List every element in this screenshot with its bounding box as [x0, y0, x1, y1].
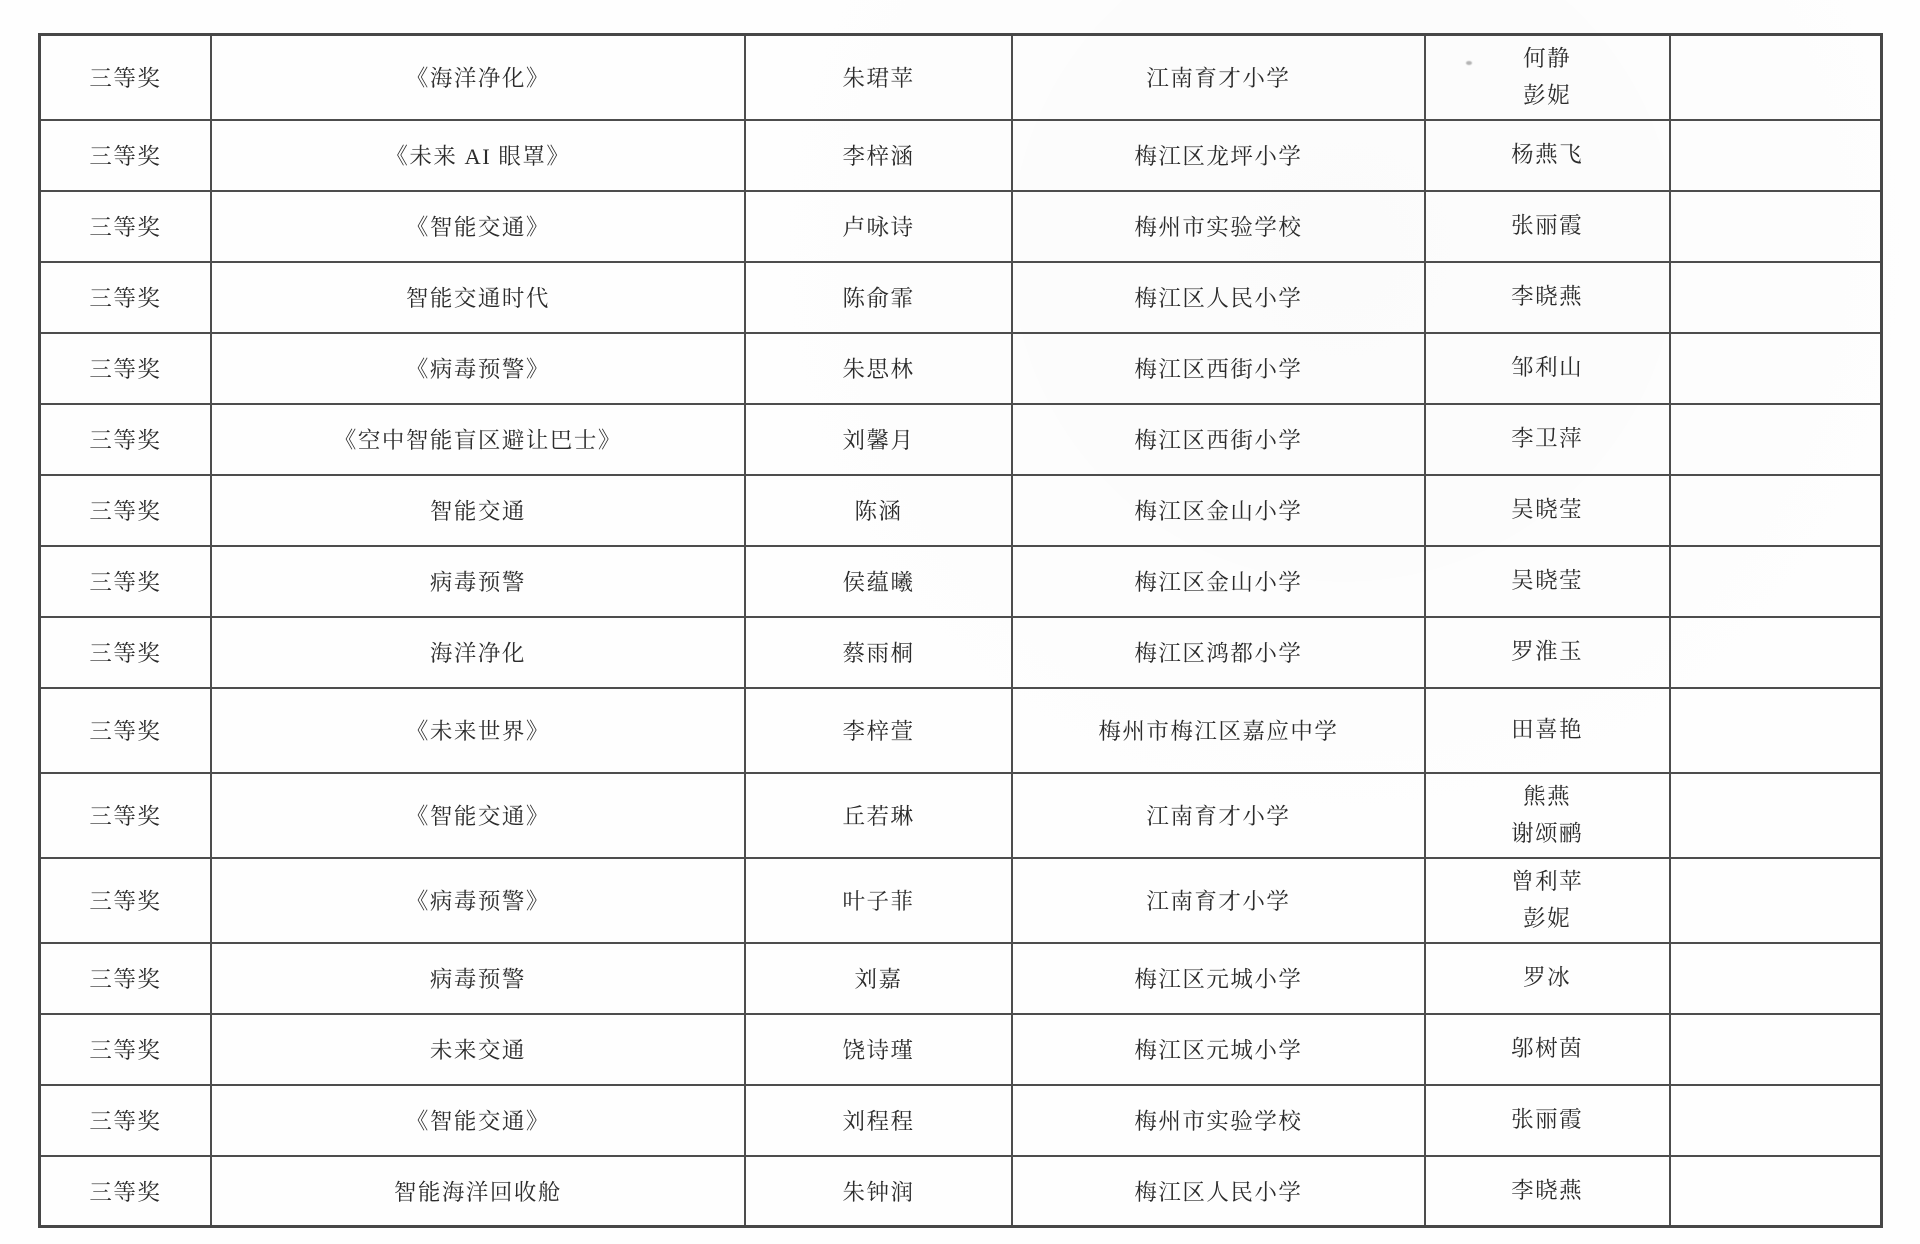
- notes-cell: [1670, 943, 1882, 1014]
- teacher-cell: 张丽霞: [1425, 1085, 1670, 1156]
- notes-cell: [1670, 1156, 1882, 1227]
- teacher-cell: 何静 彭妮: [1425, 35, 1670, 120]
- title-cell: 病毒预警: [211, 943, 745, 1014]
- school-cell: 梅江区元城小学: [1012, 943, 1425, 1014]
- student-cell: 刘馨月: [745, 404, 1012, 475]
- notes-cell: [1670, 1085, 1882, 1156]
- school-cell: 梅江区人民小学: [1012, 262, 1425, 333]
- school-cell: 梅州市实验学校: [1012, 191, 1425, 262]
- teacher-cell: 吴晓莹: [1425, 475, 1670, 546]
- award-cell: 三等奖: [40, 773, 211, 858]
- table-row: 三等奖 《病毒预警》 朱思林 梅江区西街小学 邹利山: [40, 333, 1882, 404]
- award-cell: 三等奖: [40, 35, 211, 120]
- table-row: 三等奖 智能海洋回收舱 朱钟润 梅江区人民小学 李晓燕: [40, 1156, 1882, 1227]
- notes-cell: [1670, 617, 1882, 688]
- school-cell: 江南育才小学: [1012, 773, 1425, 858]
- title-cell: 未来交通: [211, 1014, 745, 1085]
- school-cell: 梅州市梅江区嘉应中学: [1012, 688, 1425, 773]
- title-cell: 病毒预警: [211, 546, 745, 617]
- title-cell: 《智能交通》: [211, 1085, 745, 1156]
- title-cell: 《未来 AI 眼罩》: [211, 120, 745, 191]
- student-cell: 李梓萱: [745, 688, 1012, 773]
- title-cell: 《未来世界》: [211, 688, 745, 773]
- title-cell: 海洋净化: [211, 617, 745, 688]
- award-cell: 三等奖: [40, 120, 211, 191]
- school-cell: 梅江区元城小学: [1012, 1014, 1425, 1085]
- student-cell: 李梓涵: [745, 120, 1012, 191]
- title-cell: 智能海洋回收舱: [211, 1156, 745, 1227]
- school-cell: 江南育才小学: [1012, 35, 1425, 120]
- table-row: 三等奖 智能交通 陈涵 梅江区金山小学 吴晓莹: [40, 475, 1882, 546]
- notes-cell: [1670, 35, 1882, 120]
- award-cell: 三等奖: [40, 333, 211, 404]
- table-row: 三等奖 《未来 AI 眼罩》 李梓涵 梅江区龙坪小学 杨燕飞: [40, 120, 1882, 191]
- student-cell: 朱思林: [745, 333, 1012, 404]
- teacher-cell: 李晓燕: [1425, 262, 1670, 333]
- teacher-cell: 罗淮玉: [1425, 617, 1670, 688]
- teacher-cell: 熊燕 谢颂鹂: [1425, 773, 1670, 858]
- award-cell: 三等奖: [40, 546, 211, 617]
- school-cell: 梅江区西街小学: [1012, 333, 1425, 404]
- school-cell: 梅江区西街小学: [1012, 404, 1425, 475]
- table-row: 三等奖 《智能交通》 丘若琳 江南育才小学 熊燕 谢颂鹂: [40, 773, 1882, 858]
- award-cell: 三等奖: [40, 1014, 211, 1085]
- notes-cell: [1670, 404, 1882, 475]
- award-cell: 三等奖: [40, 404, 211, 475]
- table-row: 三等奖 病毒预警 侯蕴曦 梅江区金山小学 吴晓莹: [40, 546, 1882, 617]
- scan-speckle: [1466, 61, 1472, 65]
- school-cell: 江南育才小学: [1012, 858, 1425, 943]
- table-row: 三等奖 智能交通时代 陈俞霏 梅江区人民小学 李晓燕: [40, 262, 1882, 333]
- title-cell: 智能交通时代: [211, 262, 745, 333]
- teacher-cell: 邹利山: [1425, 333, 1670, 404]
- table-row: 三等奖 病毒预警 刘嘉 梅江区元城小学 罗冰: [40, 943, 1882, 1014]
- student-cell: 丘若琳: [745, 773, 1012, 858]
- school-cell: 梅江区鸿都小学: [1012, 617, 1425, 688]
- notes-cell: [1670, 773, 1882, 858]
- award-cell: 三等奖: [40, 858, 211, 943]
- notes-cell: [1670, 333, 1882, 404]
- school-cell: 梅江区金山小学: [1012, 546, 1425, 617]
- notes-cell: [1670, 120, 1882, 191]
- school-cell: 梅江区金山小学: [1012, 475, 1425, 546]
- teacher-cell: 李卫萍: [1425, 404, 1670, 475]
- notes-cell: [1670, 1014, 1882, 1085]
- notes-cell: [1670, 858, 1882, 943]
- teacher-cell: 田喜艳: [1425, 688, 1670, 773]
- student-cell: 陈涵: [745, 475, 1012, 546]
- award-cell: 三等奖: [40, 943, 211, 1014]
- student-cell: 刘程程: [745, 1085, 1012, 1156]
- award-cell: 三等奖: [40, 191, 211, 262]
- title-cell: 《海洋净化》: [211, 35, 745, 120]
- student-cell: 叶子菲: [745, 858, 1012, 943]
- student-cell: 刘嘉: [745, 943, 1012, 1014]
- table-row: 三等奖 《病毒预警》 叶子菲 江南育才小学 曾利苹 彭妮: [40, 858, 1882, 943]
- school-cell: 梅江区人民小学: [1012, 1156, 1425, 1227]
- title-cell: 《空中智能盲区避让巴士》: [211, 404, 745, 475]
- table-row: 三等奖 《海洋净化》 朱珺苹 江南育才小学 何静 彭妮: [40, 35, 1882, 120]
- student-cell: 蔡雨桐: [745, 617, 1012, 688]
- student-cell: 饶诗瑾: [745, 1014, 1012, 1085]
- table-row: 三等奖 未来交通 饶诗瑾 梅江区元城小学 邬树茵: [40, 1014, 1882, 1085]
- award-cell: 三等奖: [40, 1085, 211, 1156]
- scanned-page: 三等奖 《海洋净化》 朱珺苹 江南育才小学 何静 彭妮 三等奖 《未来 AI 眼…: [0, 0, 1920, 1244]
- notes-cell: [1670, 191, 1882, 262]
- award-cell: 三等奖: [40, 262, 211, 333]
- table-row: 三等奖 海洋净化 蔡雨桐 梅江区鸿都小学 罗淮玉: [40, 617, 1882, 688]
- table-body: 三等奖 《海洋净化》 朱珺苹 江南育才小学 何静 彭妮 三等奖 《未来 AI 眼…: [40, 35, 1882, 1227]
- teacher-cell: 吴晓莹: [1425, 546, 1670, 617]
- teacher-cell: 曾利苹 彭妮: [1425, 858, 1670, 943]
- teacher-cell: 罗冰: [1425, 943, 1670, 1014]
- teacher-cell: 杨燕飞: [1425, 120, 1670, 191]
- award-cell: 三等奖: [40, 1156, 211, 1227]
- award-results-table: 三等奖 《海洋净化》 朱珺苹 江南育才小学 何静 彭妮 三等奖 《未来 AI 眼…: [38, 33, 1883, 1228]
- title-cell: 智能交通: [211, 475, 745, 546]
- teacher-cell: 李晓燕: [1425, 1156, 1670, 1227]
- table-row: 三等奖 《空中智能盲区避让巴士》 刘馨月 梅江区西街小学 李卫萍: [40, 404, 1882, 475]
- student-cell: 卢咏诗: [745, 191, 1012, 262]
- student-cell: 朱珺苹: [745, 35, 1012, 120]
- table-row: 三等奖 《智能交通》 卢咏诗 梅州市实验学校 张丽霞: [40, 191, 1882, 262]
- title-cell: 《智能交通》: [211, 191, 745, 262]
- notes-cell: [1670, 475, 1882, 546]
- student-cell: 侯蕴曦: [745, 546, 1012, 617]
- student-cell: 朱钟润: [745, 1156, 1012, 1227]
- school-cell: 梅江区龙坪小学: [1012, 120, 1425, 191]
- notes-cell: [1670, 546, 1882, 617]
- title-cell: 《病毒预警》: [211, 858, 745, 943]
- teacher-cell: 邬树茵: [1425, 1014, 1670, 1085]
- notes-cell: [1670, 688, 1882, 773]
- school-cell: 梅州市实验学校: [1012, 1085, 1425, 1156]
- table-row: 三等奖 《智能交通》 刘程程 梅州市实验学校 张丽霞: [40, 1085, 1882, 1156]
- student-cell: 陈俞霏: [745, 262, 1012, 333]
- award-cell: 三等奖: [40, 617, 211, 688]
- table-row: 三等奖 《未来世界》 李梓萱 梅州市梅江区嘉应中学 田喜艳: [40, 688, 1882, 773]
- title-cell: 《智能交通》: [211, 773, 745, 858]
- award-cell: 三等奖: [40, 475, 211, 546]
- award-cell: 三等奖: [40, 688, 211, 773]
- title-cell: 《病毒预警》: [211, 333, 745, 404]
- teacher-cell: 张丽霞: [1425, 191, 1670, 262]
- notes-cell: [1670, 262, 1882, 333]
